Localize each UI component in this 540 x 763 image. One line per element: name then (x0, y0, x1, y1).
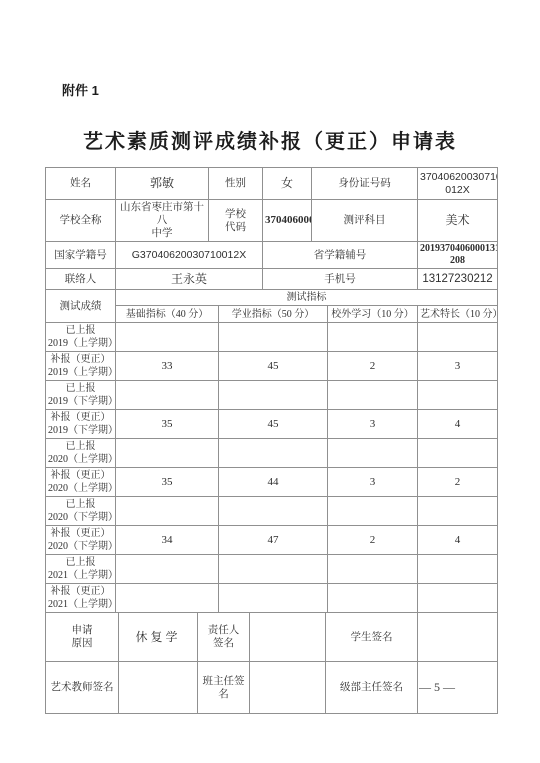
score-row: 已上报 2021（上学期） (46, 555, 498, 584)
score-cell (116, 381, 219, 410)
score-cell: 2 (328, 526, 418, 555)
score-cell (219, 439, 328, 468)
score-cell (328, 323, 418, 352)
score-cell (418, 381, 498, 410)
score-cell: 33 (116, 352, 219, 381)
school-name-value: 山东省枣庄市第十八 中学 (116, 200, 209, 242)
score-cell: 2 (328, 352, 418, 381)
score-cell: 47 (219, 526, 328, 555)
score-cell: 34 (116, 526, 219, 555)
score-cell (418, 584, 498, 613)
score-cell: 3 (328, 410, 418, 439)
score-cell (418, 497, 498, 526)
score-cell (219, 555, 328, 584)
score-cell (418, 439, 498, 468)
scores-section-label: 测试成绩 (46, 290, 116, 323)
contact-value: 王永英 (116, 269, 263, 290)
score-cell (116, 584, 219, 613)
column-header-specialty: 艺术特长（10 分） (418, 306, 498, 323)
score-cell (116, 439, 219, 468)
score-row-label: 已上报 2021（上学期） (46, 555, 116, 584)
score-cell (328, 381, 418, 410)
score-row-label: 已上报 2019（上学期） (46, 323, 116, 352)
student-sign-label: 学生签名 (326, 613, 418, 662)
score-cell (328, 584, 418, 613)
name-label: 姓名 (46, 168, 116, 200)
phone-value: 13127230212 (418, 269, 498, 290)
score-cell (418, 323, 498, 352)
province-student-id-value: 2019370406000131 208 (418, 242, 498, 269)
name-value: 郭敏 (116, 168, 209, 200)
score-cell: 4 (418, 526, 498, 555)
class-teacher-sign-label: 班主任签名 (198, 662, 250, 714)
score-row-label: 已上报 2020（下学期） (46, 497, 116, 526)
page-number: — 5 — (405, 680, 469, 695)
score-row: 补报（更正） 2020（上学期） 35 44 3 2 (46, 468, 498, 497)
score-cell (328, 497, 418, 526)
reason-label: 申请 原因 (46, 613, 119, 662)
province-student-id-label: 省学籍辅号 (263, 242, 418, 269)
attachment-label: 附件 1 (62, 80, 99, 99)
score-row-label: 补报（更正） 2021（上学期） (46, 584, 116, 613)
scores-header: 测试指标 (116, 290, 498, 306)
student-sign-value (418, 613, 498, 662)
table-row: 申请 原因 休复学 责任人 签名 学生签名 (46, 613, 498, 662)
table-row: 国家学籍号 G37040620030710012X 省学籍辅号 20193704… (46, 242, 498, 269)
score-cell: 44 (219, 468, 328, 497)
id-number-value: 37040620030710 012X (418, 168, 498, 200)
art-teacher-sign-value (119, 662, 198, 714)
student-info-table: 姓名 郭敏 性别 女 身份证号码 37040620030710 012X 学校全… (45, 167, 498, 290)
column-header-academic: 学业指标（50 分） (219, 306, 328, 323)
score-cell: 4 (418, 410, 498, 439)
score-cell: 35 (116, 468, 219, 497)
table-row: 姓名 郭敏 性别 女 身份证号码 37040620030710 012X (46, 168, 498, 200)
reason-value: 休复学 (119, 613, 198, 662)
score-row: 已上报 2019（下学期） (46, 381, 498, 410)
application-form: 姓名 郭敏 性别 女 身份证号码 37040620030710 012X 学校全… (45, 167, 497, 714)
signatures-table: 申请 原因 休复学 责任人 签名 学生签名 艺术教师签名 班主任签名 级部主任签… (45, 612, 498, 714)
score-cell: 2 (418, 468, 498, 497)
score-cell (219, 381, 328, 410)
score-cell (219, 323, 328, 352)
score-row: 补报（更正） 2020（下学期） 34 47 2 4 (46, 526, 498, 555)
school-code-value: 3704060001 (263, 200, 312, 242)
id-number-label: 身份证号码 (312, 168, 418, 200)
score-cell (328, 439, 418, 468)
score-row: 已上报 2020（下学期） (46, 497, 498, 526)
subject-value: 美术 (418, 200, 498, 242)
table-row: 测试成绩 测试指标 (46, 290, 498, 306)
score-cell: 35 (116, 410, 219, 439)
gender-value: 女 (263, 168, 312, 200)
score-row: 已上报 2020（上学期） (46, 439, 498, 468)
score-cell: 45 (219, 410, 328, 439)
responsible-sign-value (250, 613, 326, 662)
score-row-label: 补报（更正） 2020（上学期） (46, 468, 116, 497)
score-cell (418, 555, 498, 584)
school-name-label: 学校全称 (46, 200, 116, 242)
score-row: 补报（更正） 2019（上学期） 33 45 2 3 (46, 352, 498, 381)
score-cell (116, 323, 219, 352)
score-row-label: 已上报 2020（上学期） (46, 439, 116, 468)
score-cell (219, 497, 328, 526)
score-cell: 3 (328, 468, 418, 497)
score-cell: 45 (219, 352, 328, 381)
score-cell: 3 (418, 352, 498, 381)
column-header-extracurricular: 校外学习（10 分） (328, 306, 418, 323)
score-row: 补报（更正） 2021（上学期） (46, 584, 498, 613)
phone-label: 手机号 (263, 269, 418, 290)
score-cell (219, 584, 328, 613)
score-row-label: 已上报 2019（下学期） (46, 381, 116, 410)
score-row-label: 补报（更正） 2019（下学期） (46, 410, 116, 439)
page-title: 艺术素质测评成绩补报（更正）申请表 (0, 125, 540, 154)
grade-director-sign-label: 级部主任签名 (326, 662, 418, 714)
national-student-id-value: G37040620030710012X (116, 242, 263, 269)
table-row: 学校全称 山东省枣庄市第十八 中学 学校 代码 3704060001 测评科目 … (46, 200, 498, 242)
score-cell (116, 555, 219, 584)
score-row-label: 补报（更正） 2019（上学期） (46, 352, 116, 381)
score-row-label: 补报（更正） 2020（下学期） (46, 526, 116, 555)
class-teacher-sign-value (250, 662, 326, 714)
gender-label: 性别 (209, 168, 263, 200)
column-header-basic: 基础指标（40 分） (116, 306, 219, 323)
table-row: 联络人 王永英 手机号 13127230212 (46, 269, 498, 290)
subject-label: 测评科目 (312, 200, 418, 242)
score-row: 已上报 2019（上学期） (46, 323, 498, 352)
responsible-sign-label: 责任人 签名 (198, 613, 250, 662)
scores-table: 测试成绩 测试指标 基础指标（40 分） 学业指标（50 分） 校外学习（10 … (45, 289, 498, 613)
national-student-id-label: 国家学籍号 (46, 242, 116, 269)
score-cell (116, 497, 219, 526)
document-page: 附件 1 艺术素质测评成绩补报（更正）申请表 姓名 郭敏 性别 女 身份证号码 … (0, 0, 540, 763)
contact-label: 联络人 (46, 269, 116, 290)
score-row: 补报（更正） 2019（下学期） 35 45 3 4 (46, 410, 498, 439)
school-code-label: 学校 代码 (209, 200, 263, 242)
art-teacher-sign-label: 艺术教师签名 (46, 662, 119, 714)
score-cell (328, 555, 418, 584)
